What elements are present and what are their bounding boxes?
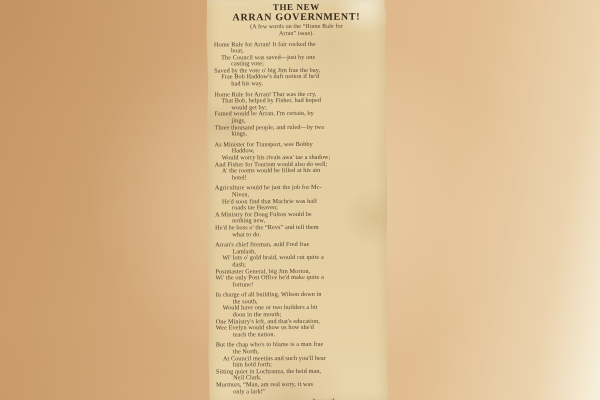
poem-line: only a lark!”	[216, 388, 381, 396]
poem-stanza: In charge of all building, Wilson down i…	[216, 292, 381, 339]
poem-line: kings.	[215, 131, 380, 139]
poem-stanza: But the chap who's to blame is a man fra…	[216, 342, 381, 396]
poem-line: teach the nation.	[216, 331, 381, 339]
poem-stanza: Agriculture would be just the job for Mc…	[215, 185, 380, 239]
poem-stanza: Home Rule for Arran! It fair rocked theb…	[214, 41, 379, 88]
poem-stanza: Arran's chief fireman, auld Fred fraeLam…	[215, 242, 380, 289]
clipping-subtitle-line1: (A few words on the “Home Rule for	[214, 23, 379, 31]
poem-body: Home Rule for Arran! It fair rocked theb…	[214, 41, 381, 396]
poem-stanza: As Minister for Transport, wee BobbyHadd…	[215, 141, 380, 182]
newspaper-clipping: THE NEW ARRAN GOVERNMENT! (A few words o…	[206, 0, 390, 400]
poem-stanza: Home Rule for Arran! That was the cry,Th…	[214, 91, 379, 138]
poem-line: hotel!	[215, 174, 380, 182]
poem-line: what to do.	[215, 231, 380, 239]
poem-line: had his way.	[214, 81, 379, 89]
clipping-title-line2: ARRAN GOVERNMENT!	[214, 12, 379, 23]
clipping-subtitle-line2: Arran” issue).	[214, 30, 379, 38]
poem-line: fortune!	[215, 281, 380, 289]
